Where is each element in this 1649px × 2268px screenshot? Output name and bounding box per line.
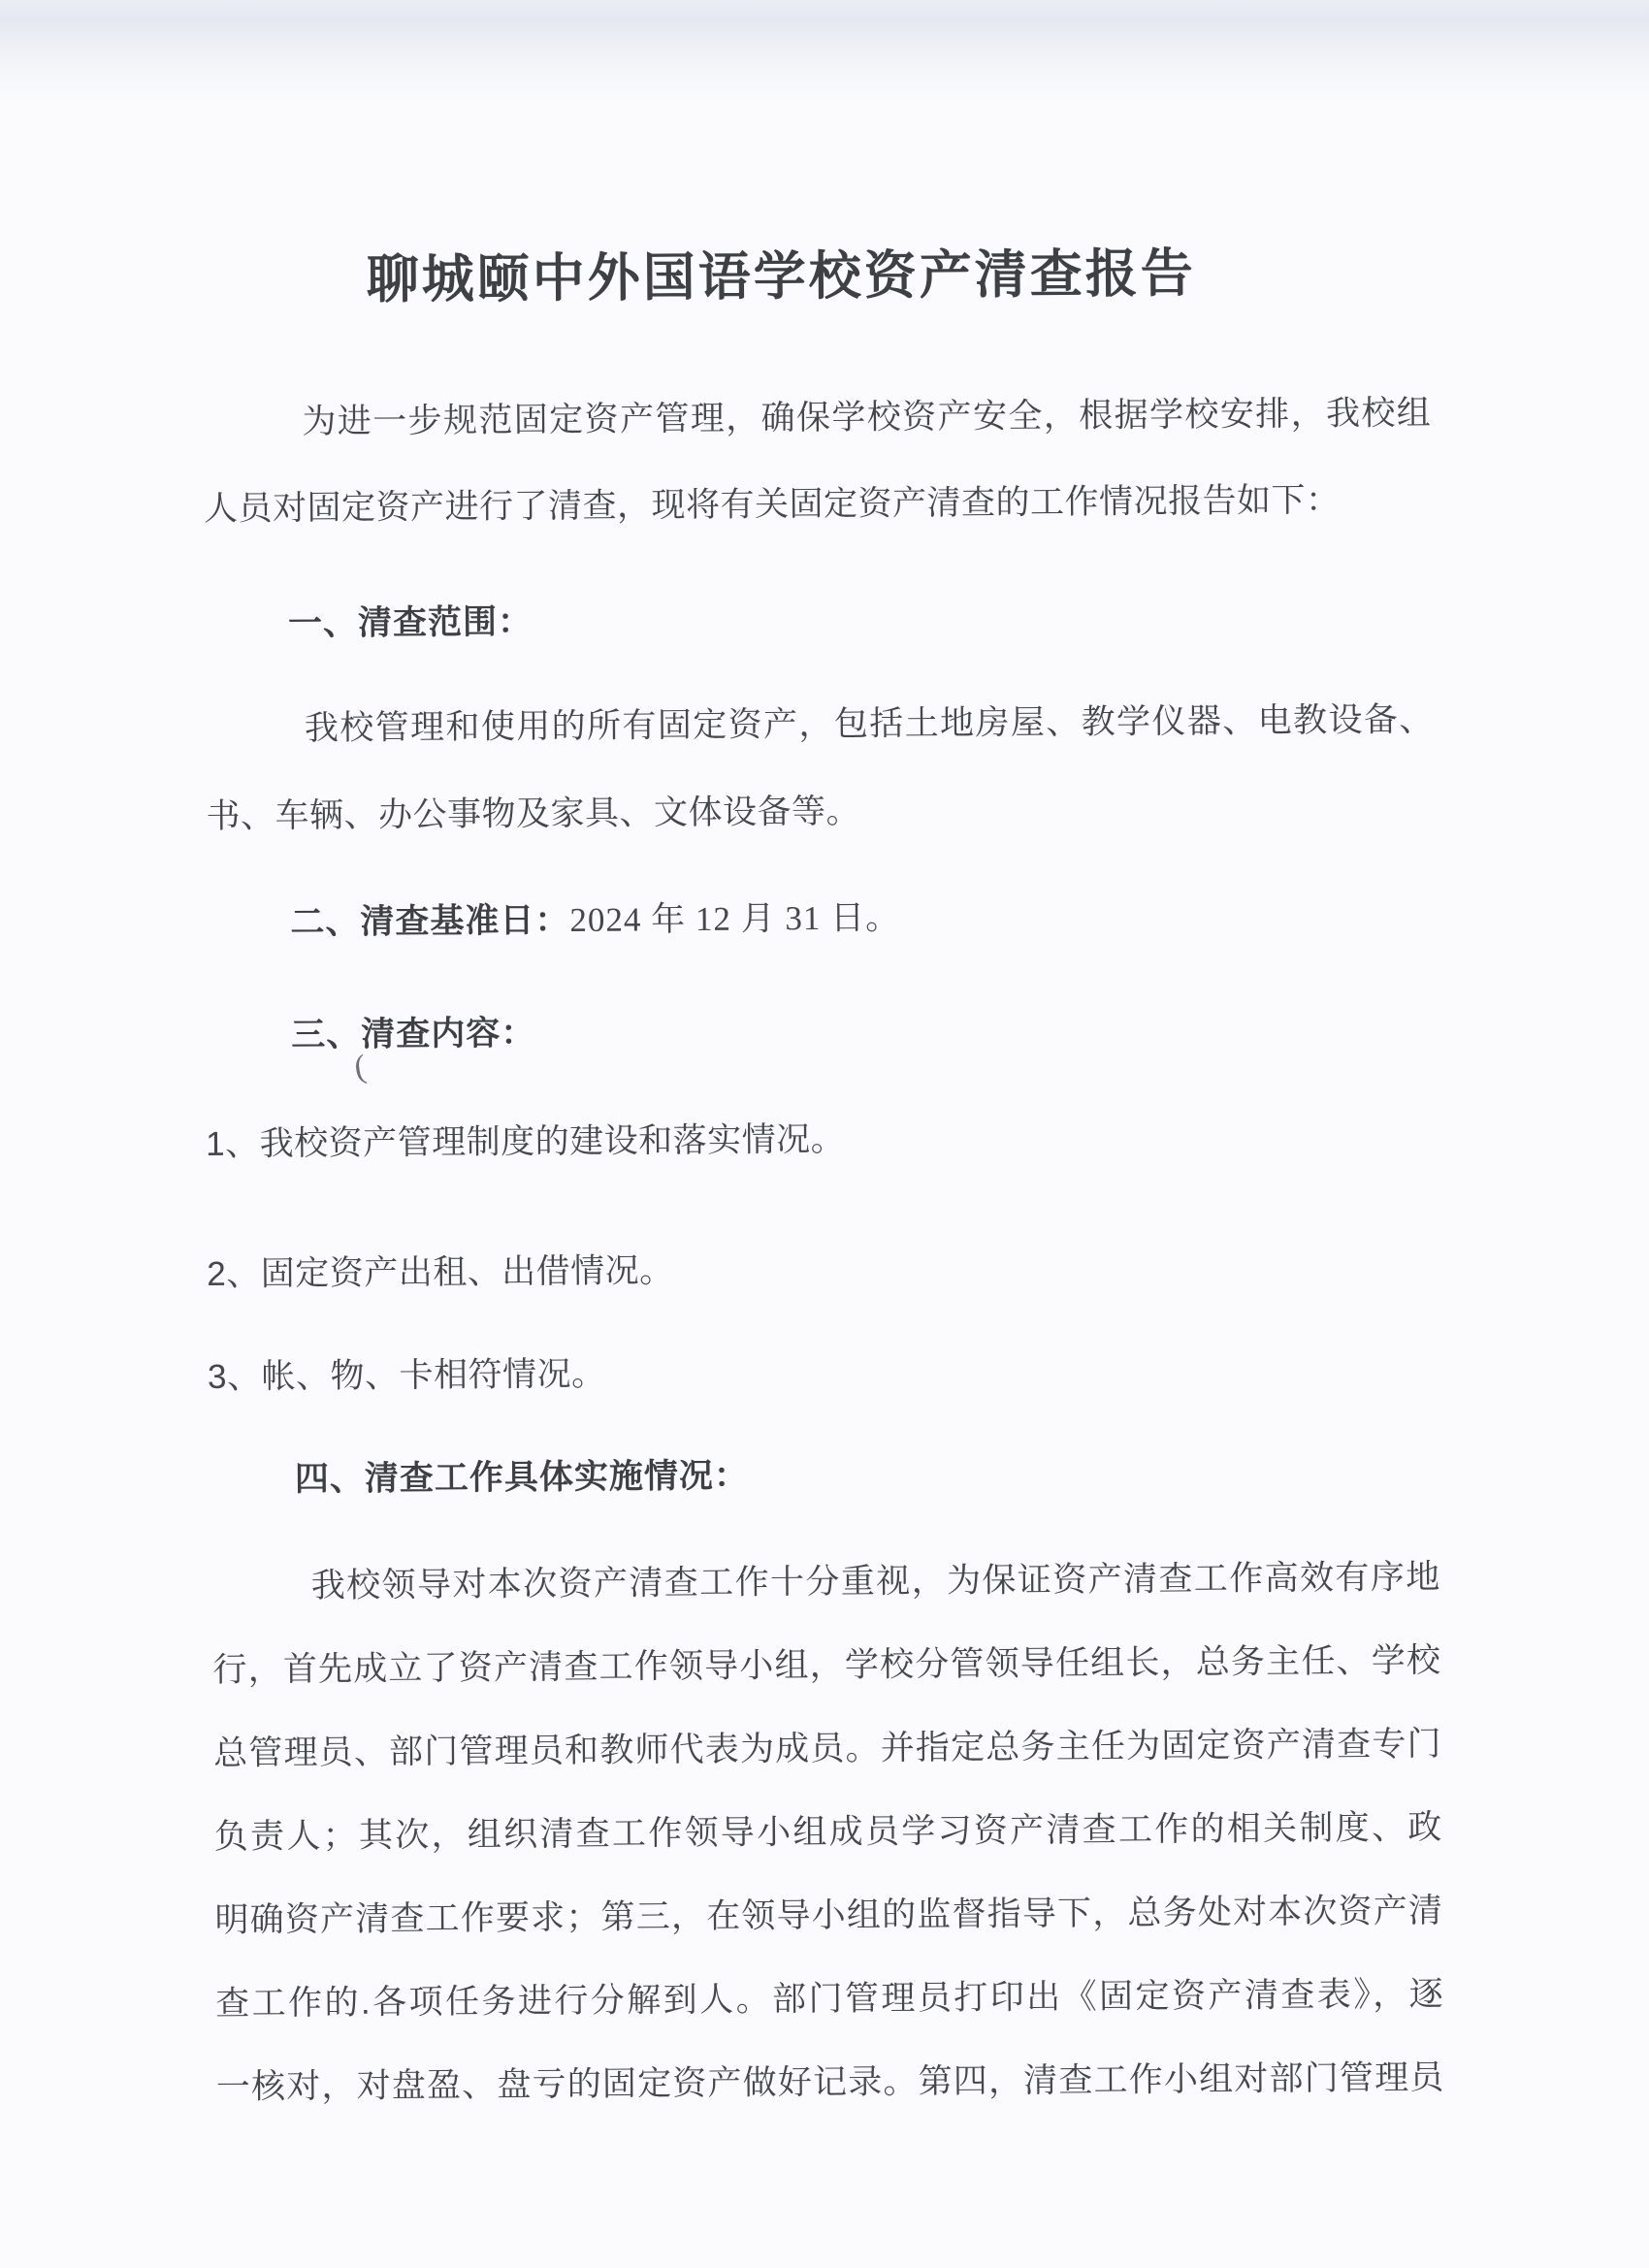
section2-heading: 二、清查基准日：2024 年 12 月 31 日。 (290, 891, 1435, 947)
section4-line: 一核对，对盘盈、盘亏的固定资产做好记录。第四，清查工作小组对部门管理员 (216, 2056, 1444, 2112)
section3-heading: 三、清查内容： (291, 1004, 1436, 1059)
section1-heading: 一、清查范围： (288, 593, 1433, 648)
scanned-document-page: 聊城颐中外国语学校资产清查报告 为进一步规范固定资产管理，确保学校资产安全，根据… (0, 0, 1649, 2268)
section4-line: 明确资产清查工作要求；第三，在领导小组的监督指导下，总务处对本次资产清 (214, 1889, 1442, 1945)
intro-line: 人员对固定资产进行了清查，现将有关固定资产清查的工作情况报告如下： (204, 477, 1432, 534)
section2-heading-label: 二、清查基准日： (290, 901, 569, 941)
section4-line: 负责人；其次，组织清查工作领导小组成员学习资产清查工作的相关制度、政策， (214, 1805, 1442, 1862)
section3-item: 2、固定资产出租、出借情况。 (207, 1243, 1435, 1299)
intro-line: 为进一步规范固定资产管理，确保学校资产安全，根据学校安排，我校组织 (203, 391, 1431, 447)
section4-heading: 四、清查工作具体实施情况： (295, 1448, 1439, 1504)
section4-line: 查工作的.各项任务进行分解到人。部门管理员打印出《固定资产清查表》，逐 (215, 1972, 1443, 2028)
document-sheet: 聊城颐中外国语学校资产清查报告 为进一步规范固定资产管理，确保学校资产安全，根据… (0, 0, 1649, 2268)
section4-line: 我校领导对本次资产清查工作十分重视，为保证资产清查工作高效有序地进 (212, 1555, 1440, 1611)
section1-line: 书、车辆、办公事物及家具、文体设备等。 (206, 785, 1434, 841)
section4-line: 总管理员、部门管理员和教师代表为成员。并指定总务主任为固定资产清查专门 (213, 1722, 1441, 1778)
section4-line: 行，首先成立了资产清查工作领导小组，学校分管领导任组长，总务主任、学校 (212, 1638, 1440, 1695)
section1-line: 我校管理和使用的所有固定资产，包括土地房屋、教学仪器、电教设备、图 (206, 697, 1434, 754)
document-title: 聊城颐中外国语学校资产清查报告 (0, 239, 1605, 315)
section3-item: 1、我校资产管理制度的建设和落实情况。 (206, 1113, 1434, 1169)
section3-item: 3、帐、物、卡相符情况。 (208, 1345, 1436, 1402)
section2-base-date: 2024 年 12 月 31 日。 (569, 898, 900, 939)
